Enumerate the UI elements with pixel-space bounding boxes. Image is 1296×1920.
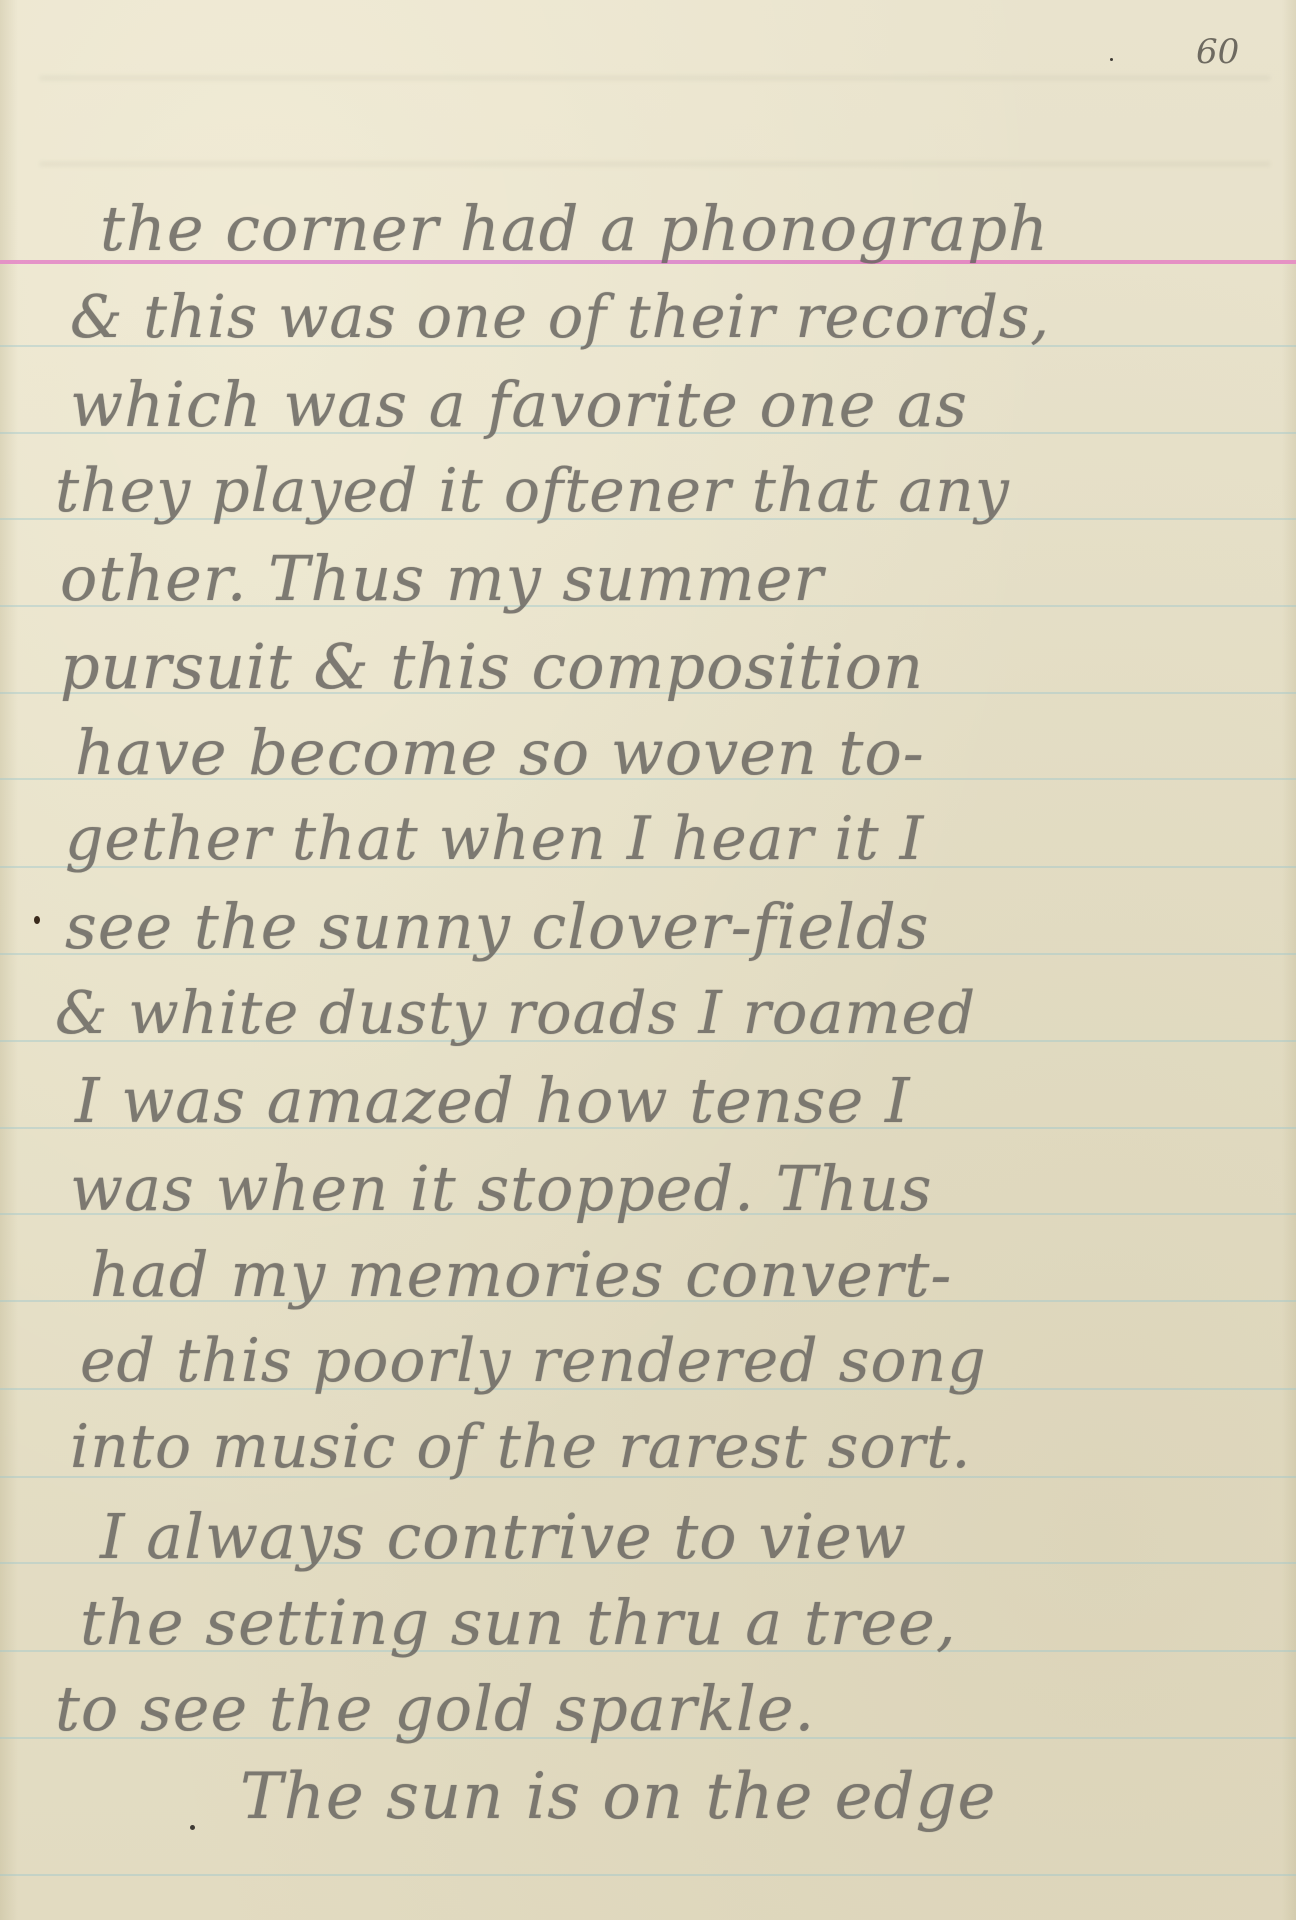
handwriting-line: was when it stopped. Thus bbox=[70, 1152, 933, 1225]
handwriting-line: see the sunny clover-fields bbox=[65, 890, 929, 963]
handwriting-line: gether that when I hear it I bbox=[65, 804, 924, 874]
handwriting-line: other. Thus my summer bbox=[60, 542, 824, 615]
handwriting-line: they played it oftener that any bbox=[55, 456, 1010, 526]
handwriting-line: pursuit & this composition bbox=[60, 630, 924, 703]
handwriting-line: have become so woven to- bbox=[75, 716, 925, 789]
handwritten-text: the corner had a phonograph & this was o… bbox=[0, 0, 1296, 1920]
handwriting-line: the setting sun thru a tree, bbox=[80, 1586, 957, 1659]
handwriting-line: The sun is on the edge bbox=[240, 1760, 996, 1834]
handwriting-line: into music of the rarest sort. bbox=[70, 1412, 971, 1482]
handwriting-line: & this was one of their records, bbox=[70, 282, 1050, 351]
handwriting-line: I was amazed how tense I bbox=[75, 1064, 911, 1137]
handwriting-line: the corner had a phonograph bbox=[100, 192, 1049, 265]
notebook-page: 60 the corner had a phonograph & this wa… bbox=[0, 0, 1296, 1920]
handwriting-line: had my memories convert- bbox=[90, 1238, 952, 1311]
handwriting-line: to see the gold sparkle. bbox=[55, 1672, 815, 1745]
handwriting-line: which was a favorite one as bbox=[70, 368, 968, 441]
handwriting-line: & white dusty roads I roamed bbox=[55, 978, 976, 1047]
handwriting-line: ed this poorly rendered song bbox=[80, 1326, 987, 1396]
handwriting-line: I always contrive to view bbox=[100, 1500, 907, 1573]
